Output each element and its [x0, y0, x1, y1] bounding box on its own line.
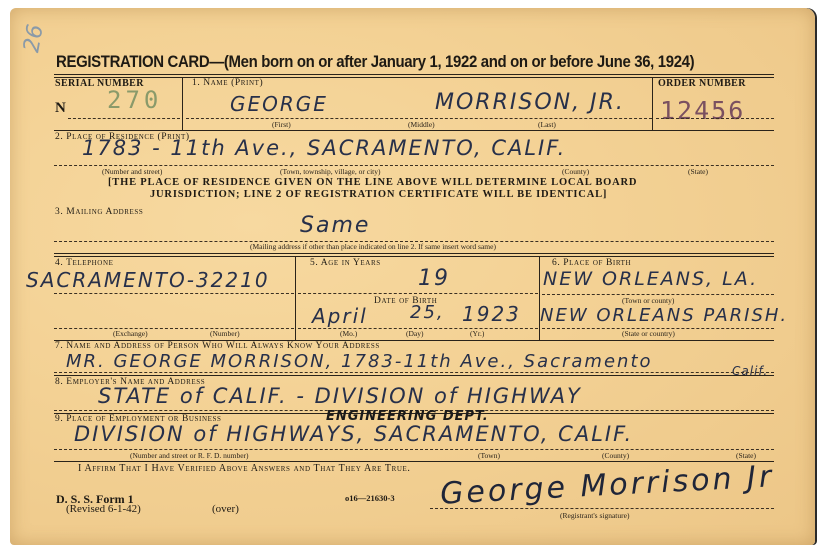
caption-middle: (Middle): [408, 120, 435, 129]
caption-mo: (Mo.): [340, 329, 357, 338]
name-first: GEORGE: [230, 92, 328, 116]
caption-rfd: (Number and street or R. F. D. number): [130, 451, 249, 460]
registration-card: 26 REGISTRATION CARD—(Men born on or aft…: [10, 8, 815, 545]
name-label: 1. Name (Print): [192, 78, 263, 88]
row3-rule: [54, 253, 774, 254]
form-code: o16—21630-3: [345, 493, 395, 503]
contact-value: MR. GEORGE MORRISON, 1783-11th Ave., Sac…: [66, 351, 653, 372]
form-revised: (Revised 6-1-42): [66, 503, 141, 515]
caption-number: (Number): [210, 329, 240, 338]
mailing-value: Same: [300, 213, 370, 238]
birthplace-town: NEW ORLEANS, LA.: [543, 268, 758, 290]
telephone-underline-1: [54, 293, 294, 294]
birthplace-state: NEW ORLEANS PARISH.: [540, 305, 788, 326]
employer-value: STATE of CALIF. - DIVISION of HIGHWAY: [98, 384, 582, 408]
caption-town: (Town, township, village, or city): [280, 167, 381, 176]
row7-rule: [54, 375, 774, 376]
age-value: 19: [418, 266, 450, 291]
age-divider: [539, 256, 540, 340]
signature-caption: (Registrant's signature): [560, 511, 629, 520]
age-underline: [298, 293, 538, 294]
caption-emp-county: (County): [602, 451, 629, 460]
mailing-caption: (Mailing address if other than place ind…: [250, 242, 496, 251]
caption-emp-state: (State): [736, 451, 756, 460]
caption-yr: (Yr.): [470, 329, 484, 338]
contact-label: 7. Name and Address of Person Who Will A…: [55, 341, 380, 351]
dob-day: 25,: [410, 302, 445, 323]
caption-town-county: (Town or county): [622, 296, 674, 305]
name-last: MORRISON, JR.: [435, 90, 625, 115]
serial-underline: [68, 118, 180, 119]
row1-rule: [54, 130, 774, 131]
name-underline: [186, 118, 652, 119]
signature-underline: [430, 508, 774, 509]
form-over: (over): [212, 503, 239, 515]
caption-state: (State): [688, 167, 708, 176]
employment-underline: [54, 449, 774, 450]
dob-year: 1923: [462, 302, 521, 326]
telephone-value: SACRAMENTO-32210: [26, 268, 270, 292]
order-number: 12456: [660, 96, 745, 125]
contact-underline: [54, 372, 774, 373]
serial-prefix: N: [55, 100, 66, 117]
row9-rule: [54, 461, 774, 462]
residence-value: 1783 - 11th Ave., SACRAMENTO, CALIF.: [82, 136, 566, 160]
employment-value: DIVISION of HIGHWAYS, SACRAMENTO, CALIF.: [74, 422, 633, 446]
dob-month: April: [312, 304, 368, 328]
title-rule: [54, 74, 774, 75]
mailing-label: 3. Mailing Address: [55, 207, 143, 217]
caption-last: (Last): [538, 120, 556, 129]
telephone-label: 4. Telephone: [55, 258, 114, 268]
birthplace-label: 6. Place of Birth: [552, 258, 631, 268]
telephone-underline-2: [54, 328, 294, 329]
registrant-signature: George Morrison Jr: [439, 459, 775, 511]
order-divider: [652, 78, 653, 130]
serial-divider: [182, 78, 183, 130]
birthplace-town-underline: [542, 294, 774, 295]
notice-line-2: JURISDICTION; LINE 2 OF REGISTRATION CER…: [150, 189, 607, 200]
pencil-mark: 26: [19, 23, 48, 55]
order-label: ORDER NUMBER: [658, 78, 746, 89]
caption-first: (First): [272, 120, 291, 129]
affirmation-text: I Affirm That I Have Verified Above Answ…: [78, 463, 411, 474]
card-title: REGISTRATION CARD—(Men born on or after …: [56, 52, 694, 72]
caption-day: (Day): [406, 329, 424, 338]
caption-emp-town: (Town): [478, 451, 500, 460]
residence-underline: [54, 165, 774, 166]
age-label: 5. Age in Years: [310, 258, 381, 268]
caption-county: (County): [562, 167, 589, 176]
telephone-divider: [295, 256, 296, 340]
caption-street: (Number and street): [102, 167, 162, 176]
notice-line-1: [THE PLACE OF RESIDENCE GIVEN ON THE LIN…: [108, 177, 637, 188]
serial-number: 270: [107, 86, 162, 114]
caption-exchange: (Exchange): [113, 329, 148, 338]
order-underline: [656, 118, 774, 119]
caption-state-country: (State or country): [622, 329, 675, 338]
